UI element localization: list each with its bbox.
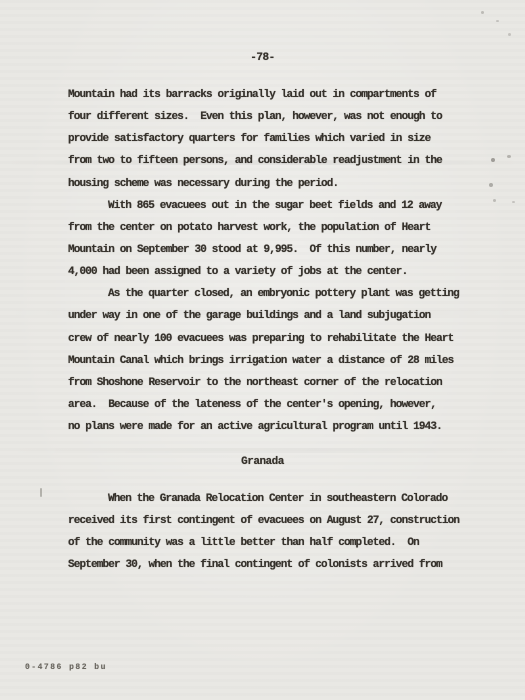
section-heading-granada: Granada <box>0 451 525 473</box>
scan-artifact <box>481 11 484 14</box>
text-line: no plans were made for an active agricul… <box>68 416 468 438</box>
scan-artifact <box>507 155 511 158</box>
text-line: 4,000 had been assigned to a variety of … <box>68 261 468 283</box>
text-line: Mountain on September 30 stood at 9,995.… <box>68 239 468 261</box>
scan-artifact <box>508 33 511 36</box>
text-line: With 865 evacuees out in the sugar beet … <box>68 195 468 217</box>
text-line: from the center on potato harvest work, … <box>68 217 468 239</box>
scan-streak <box>0 160 525 165</box>
footer-reference-mark: 0-4786 p82 bu <box>25 663 107 672</box>
scan-artifact <box>489 183 493 187</box>
text-line: area. Because of the lateness of the cen… <box>68 394 468 416</box>
scan-artifact <box>491 158 495 162</box>
text-line: As the quarter closed, an embryonic pott… <box>68 283 468 305</box>
scan-streak <box>0 310 525 315</box>
text-line: received its first contingent of evacuee… <box>68 510 468 532</box>
text-line: Mountain had its barracks originally lai… <box>68 84 468 106</box>
scan-streak <box>0 448 525 453</box>
granada-paragraph: When the Granada Relocation Center in so… <box>68 488 468 577</box>
scan-artifact <box>493 199 496 202</box>
text-line: crew of nearly 100 evacuees was preparin… <box>68 328 468 350</box>
text-line: provide satisfactory quarters for famili… <box>68 128 468 150</box>
scan-artifact <box>40 488 42 497</box>
document-page: -78- Mountain had its barracks originall… <box>0 0 525 700</box>
text-line: under way in one of the garage buildings… <box>68 305 468 327</box>
text-line: September 30, when the final contingent … <box>68 554 468 576</box>
text-line: housing scheme was necessary during the … <box>68 173 468 195</box>
text-line: of the community was a little better tha… <box>68 532 468 554</box>
text-line: four different sizes. Even this plan, ho… <box>68 106 468 128</box>
page-number: -78- <box>0 52 525 64</box>
text-line: Mountain Canal which brings irrigation w… <box>68 350 468 372</box>
body-text: Mountain had its barracks originally lai… <box>68 84 468 438</box>
scan-artifact <box>512 201 515 203</box>
text-line: from Shoshone Reservoir to the northeast… <box>68 372 468 394</box>
text-line: When the Granada Relocation Center in so… <box>68 488 468 510</box>
scan-artifact <box>496 20 499 22</box>
